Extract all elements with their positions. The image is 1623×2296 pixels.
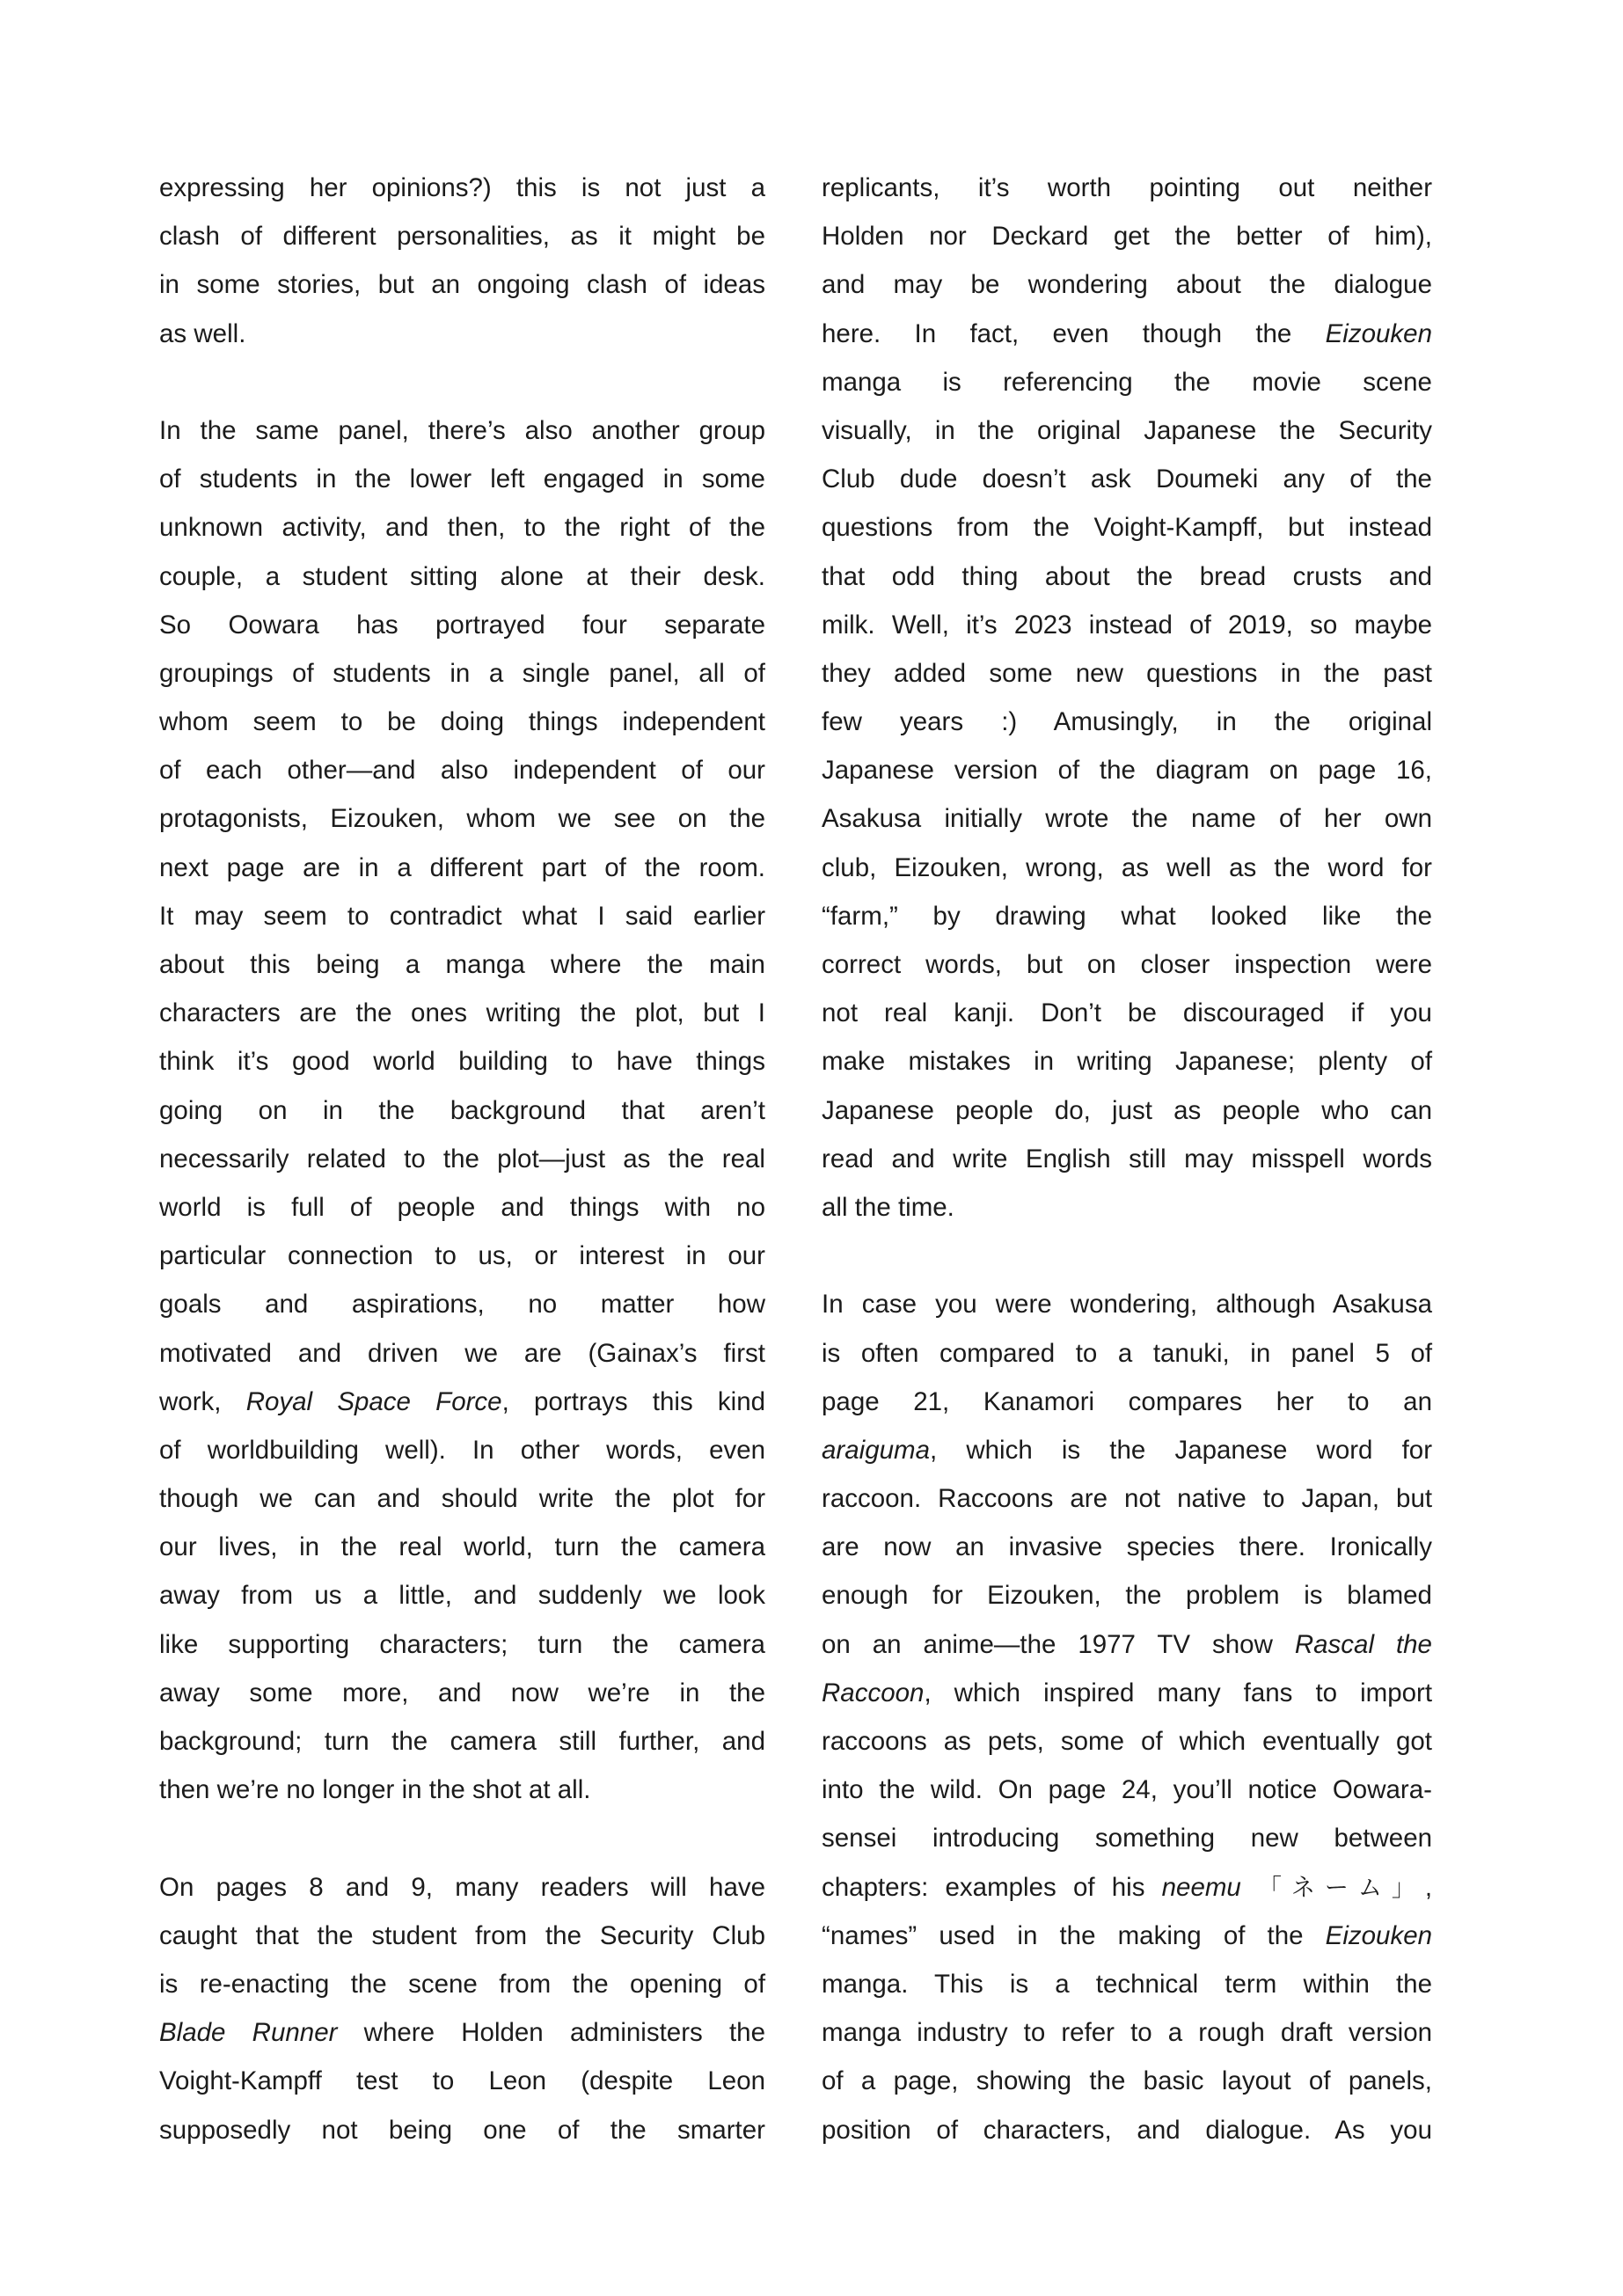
text-run: but xyxy=(1027,950,1063,979)
text-run: and xyxy=(891,1144,934,1174)
text-run: Leon xyxy=(707,2066,765,2095)
text-run: of xyxy=(1410,1047,1432,1076)
text-run: something xyxy=(1095,1824,1215,1853)
text-line: going on in the background that aren’t xyxy=(159,1086,765,1135)
text-run: in xyxy=(402,1775,422,1804)
text-run: and xyxy=(822,270,865,299)
text-run: read xyxy=(822,1144,874,1174)
text-run: , xyxy=(924,1678,931,1707)
text-line: Asakusa initially wrote the name of her … xyxy=(822,794,1432,843)
text-run: 5 xyxy=(1375,1339,1389,1368)
text-run: This xyxy=(934,1970,983,1999)
text-run: panels, xyxy=(1349,2066,1432,2095)
text-run: you xyxy=(935,1290,977,1319)
text-run: the xyxy=(378,1096,414,1125)
text-run: industry xyxy=(917,2018,1007,2047)
text-run: characters xyxy=(159,998,281,1027)
text-run: but xyxy=(1396,1484,1432,1513)
text-run: there. xyxy=(1239,1532,1305,1561)
text-run: of xyxy=(936,2116,958,2145)
text-line: Holden nor Deckard get the better of him… xyxy=(822,212,1432,260)
text-run: they xyxy=(822,659,871,688)
text-run: of xyxy=(1141,1727,1163,1756)
text-run: to xyxy=(347,902,369,931)
text-run: the xyxy=(669,1144,705,1174)
japanese-text: 「ネーム」 xyxy=(1258,1875,1425,1902)
text-run: for xyxy=(1402,1436,1432,1465)
text-run: in xyxy=(159,270,179,299)
text-line: of worldbuilding well). In other words, … xyxy=(159,1426,765,1474)
text-run: visually, xyxy=(822,416,912,445)
text-run: years xyxy=(900,707,963,736)
text-run: in xyxy=(299,1532,319,1561)
text-run: write xyxy=(953,1144,1007,1174)
text-line: “farm,” by drawing what looked like the xyxy=(822,892,1432,940)
text-run: some xyxy=(989,659,1052,688)
text-run: independent xyxy=(513,756,655,785)
text-run: is xyxy=(1304,1581,1322,1610)
text-run: we xyxy=(464,1339,498,1368)
text-run: the xyxy=(355,464,391,494)
text-line: particular connection to us, or interest… xyxy=(159,1232,765,1280)
text-run: real xyxy=(398,1532,442,1561)
text-line: about this being a manga where the main xyxy=(159,940,765,989)
text-run: raccoon. xyxy=(822,1484,921,1513)
text-run: In xyxy=(915,319,937,348)
text-run: which xyxy=(966,1436,1032,1465)
text-run: Club xyxy=(822,464,875,494)
text-run: as xyxy=(1229,853,1256,882)
text-run: In xyxy=(159,416,181,445)
text-run: can xyxy=(314,1484,356,1513)
paragraph: In the same panel, there’s also another … xyxy=(159,406,765,1814)
text-run: Security xyxy=(600,1921,694,1950)
text-run: characters; xyxy=(379,1630,508,1659)
text-run: right xyxy=(619,513,669,542)
italic-text: neemu xyxy=(1162,1873,1241,1902)
text-run: necessarily xyxy=(159,1144,289,1174)
text-run: raccoons xyxy=(822,1727,927,1756)
italic-text: the xyxy=(1396,1630,1432,1659)
text-run: plot, xyxy=(635,998,684,1027)
text-line: is often compared to a tanuki, in panel … xyxy=(822,1329,1432,1378)
text-run: between xyxy=(1334,1824,1432,1853)
text-run: engaged xyxy=(544,464,645,494)
text-run: and xyxy=(1137,2116,1180,2145)
text-run: well). xyxy=(385,1436,446,1465)
text-line: Voight-Kampff test to Leon (despite Leon xyxy=(159,2057,765,2105)
text-line: Japanese version of the diagram on page … xyxy=(822,746,1432,794)
text-run: the xyxy=(443,1144,479,1174)
text-run: may xyxy=(894,270,943,299)
text-line: in some stories, but an ongoing clash of… xyxy=(159,260,765,309)
text-run: any xyxy=(1283,464,1325,494)
text-run: supposedly xyxy=(159,2116,290,2145)
text-run: might xyxy=(652,222,715,251)
text-run: the xyxy=(1279,416,1315,445)
text-run: four xyxy=(582,611,627,640)
text-run: the xyxy=(729,804,765,833)
text-run: Japanese xyxy=(1144,416,1256,445)
text-run: often xyxy=(861,1339,919,1368)
text-run: is xyxy=(1010,1970,1028,1999)
text-run: be xyxy=(387,707,416,736)
text-run: the xyxy=(391,1727,428,1756)
text-line: questions from the Voight-Kampff, but in… xyxy=(822,503,1432,552)
text-run: “farm,” xyxy=(822,902,898,931)
text-run: the xyxy=(855,1193,891,1222)
text-run: wild. xyxy=(931,1775,983,1804)
text-run: showing xyxy=(976,2066,1071,2095)
text-run: Voight-Kampff xyxy=(159,2066,322,2095)
text-run: as xyxy=(159,319,186,348)
text-run: a xyxy=(1168,2018,1182,2047)
text-run: are xyxy=(1070,1484,1108,1513)
text-run: ones xyxy=(411,998,467,1027)
text-run: the xyxy=(1275,707,1311,736)
text-run: diagram xyxy=(1156,756,1250,785)
text-run: not xyxy=(322,2116,358,2145)
text-run: how xyxy=(718,1290,765,1319)
text-run: world xyxy=(159,1193,222,1222)
text-run: the xyxy=(201,416,237,445)
text-run: new xyxy=(1251,1824,1298,1853)
text-run: many xyxy=(455,1873,518,1902)
text-run: wrote xyxy=(1045,804,1108,833)
text-run: correct xyxy=(822,950,901,979)
text-run: instead xyxy=(1089,611,1173,640)
text-run: their xyxy=(631,562,681,591)
text-line: club, Eizouken, wrong, as well as the wo… xyxy=(822,844,1432,892)
text-line: necessarily related to the plot—just as … xyxy=(159,1135,765,1183)
text-run: each xyxy=(206,756,262,785)
text-run: worth xyxy=(1048,173,1111,202)
text-run: more, xyxy=(342,1678,408,1707)
text-run: write xyxy=(539,1484,594,1513)
text-run: protagonists, xyxy=(159,804,308,833)
text-run: wondering, xyxy=(1071,1290,1197,1319)
text-line: not real kanji. Don’t be discouraged if … xyxy=(822,989,1432,1037)
text-run: be xyxy=(1128,998,1157,1027)
text-run: about xyxy=(1045,562,1110,591)
text-run: our xyxy=(727,1241,765,1270)
text-run: seem xyxy=(253,707,317,736)
text-line: manga is referencing the movie scene xyxy=(822,358,1432,406)
text-run: re-enacting xyxy=(200,1970,330,1999)
text-run: used xyxy=(939,1921,995,1950)
text-run: there’s xyxy=(428,416,506,445)
text-run: the xyxy=(545,1921,581,1950)
text-line: though we can and should write the plot … xyxy=(159,1474,765,1523)
text-run: to xyxy=(433,2066,455,2095)
text-run: better xyxy=(1236,222,1302,251)
text-run: then, xyxy=(448,513,506,542)
text-run: Japanese xyxy=(822,756,934,785)
text-run: related xyxy=(307,1144,386,1174)
text-run: in xyxy=(663,464,684,494)
text-run: things xyxy=(570,1193,640,1222)
right-column: replicants, it’s worth pointing out neit… xyxy=(822,164,1432,2154)
text-run: the xyxy=(1034,513,1070,542)
text-line: replicants, it’s worth pointing out neit… xyxy=(822,164,1432,212)
text-run: not xyxy=(625,173,661,202)
text-line: So Oowara has portrayed four separate xyxy=(159,601,765,649)
text-run: have xyxy=(709,1873,765,1902)
text-run: an xyxy=(1403,1387,1432,1416)
text-run: the xyxy=(1274,853,1310,882)
text-run: still xyxy=(559,1727,596,1756)
italic-text: Runner xyxy=(252,2018,338,2047)
text-run: crusts xyxy=(1293,562,1363,591)
text-line: of a page, showing the basic layout of p… xyxy=(822,2057,1432,2105)
text-run: case xyxy=(862,1290,917,1319)
text-run: our xyxy=(159,1532,197,1561)
text-run: make xyxy=(822,1047,885,1076)
text-run: I xyxy=(597,902,604,931)
text-line: away some more, and now we’re in the xyxy=(159,1669,765,1717)
text-run: in xyxy=(1281,659,1301,688)
text-run: for xyxy=(735,1484,765,1513)
text-run: independent xyxy=(623,707,765,736)
text-run: things xyxy=(696,1047,765,1076)
text-run: to xyxy=(435,1241,457,1270)
text-run: her xyxy=(310,173,347,202)
text-line: On pages 8 and 9, many readers will have xyxy=(159,1863,765,1912)
text-run: on xyxy=(1269,756,1298,785)
text-run: version xyxy=(954,756,1038,785)
text-run: goals xyxy=(159,1290,222,1319)
text-run: it’s xyxy=(238,1047,269,1076)
text-run: the xyxy=(729,1678,765,1707)
text-run: people xyxy=(955,1096,1034,1125)
text-line: raccoons as pets, some of which eventual… xyxy=(822,1717,1432,1766)
text-run: of xyxy=(292,659,314,688)
text-line: next page are in a different part of the… xyxy=(159,844,765,892)
text-run: suddenly xyxy=(538,1581,642,1610)
text-run: should xyxy=(442,1484,518,1513)
text-run: real xyxy=(884,998,927,1027)
italic-text: Rascal xyxy=(1295,1630,1374,1659)
text-run: but xyxy=(378,270,414,299)
text-run: we xyxy=(260,1484,293,1513)
text-run: think xyxy=(159,1047,214,1076)
text-run: page xyxy=(1319,756,1377,785)
text-line: araiguma, which is the Japanese word for xyxy=(822,1426,1432,1474)
text-run: people xyxy=(398,1193,476,1222)
text-run: 1977 xyxy=(1078,1630,1136,1659)
text-run: the xyxy=(621,1532,657,1561)
text-run: some xyxy=(196,270,260,299)
text-run: time. xyxy=(898,1193,954,1222)
text-line: “names” used in the making of the Eizouk… xyxy=(822,1912,1432,1960)
text-run: Japanese; xyxy=(1175,1047,1295,1076)
text-run: (Gainax’s xyxy=(588,1339,697,1368)
text-run: page xyxy=(822,1387,880,1416)
text-run: clash xyxy=(587,270,647,299)
text-line: It may seem to contradict what I said ea… xyxy=(159,892,765,940)
text-run: As xyxy=(1334,2116,1364,2145)
text-run: if xyxy=(1351,998,1364,1027)
text-run: not xyxy=(1124,1484,1160,1513)
text-run: camera xyxy=(679,1630,765,1659)
text-run: still xyxy=(1129,1144,1166,1174)
text-run: this xyxy=(653,1387,693,1416)
text-run: all. xyxy=(558,1775,591,1804)
text-line: goals and aspirations, no matter how xyxy=(159,1280,765,1328)
text-run: longer xyxy=(322,1775,394,1804)
text-run: eventually xyxy=(1262,1727,1379,1756)
text-run: connection xyxy=(288,1241,413,1270)
text-line: enough for Eizouken, the problem is blam… xyxy=(822,1571,1432,1620)
text-run: caught xyxy=(159,1921,238,1950)
text-run: name xyxy=(1191,804,1256,833)
text-run: of xyxy=(1327,222,1349,251)
italic-text: Raccoon xyxy=(822,1678,924,1707)
text-run: layout xyxy=(1222,2066,1291,2095)
text-run: to xyxy=(1263,1484,1285,1513)
text-run: Amusingly, xyxy=(1054,707,1179,736)
text-run: page, xyxy=(894,2066,959,2095)
text-run: and xyxy=(501,1193,544,1222)
text-run: the xyxy=(341,1532,377,1561)
text-run: in xyxy=(323,1096,343,1125)
text-run: of xyxy=(1279,804,1301,833)
text-run: shot xyxy=(472,1775,522,1804)
text-run: introducing xyxy=(932,1824,1059,1853)
text-line: sensei introducing something new between xyxy=(822,1814,1432,1862)
paragraph: In case you were wondering, although Asa… xyxy=(822,1280,1432,2153)
text-run: were xyxy=(1376,950,1432,979)
text-run: we xyxy=(663,1581,697,1610)
text-run: many xyxy=(1157,1678,1220,1707)
text-run: panel xyxy=(1291,1339,1355,1368)
text-run: of xyxy=(240,222,262,251)
text-run: the xyxy=(615,1484,651,1513)
text-line: think it’s good world building to have t… xyxy=(159,1037,765,1086)
text-run: motivated xyxy=(159,1339,272,1368)
text-line: world is full of people and things with … xyxy=(159,1183,765,1232)
text-run: Asakusa xyxy=(1333,1290,1432,1319)
text-run: in xyxy=(1217,707,1237,736)
text-run: now xyxy=(883,1532,931,1561)
text-run: seem xyxy=(264,902,327,931)
text-line: away from us a little, and suddenly we l… xyxy=(159,1571,765,1620)
text-run: who xyxy=(1321,1096,1369,1125)
text-run: club, xyxy=(822,853,876,882)
text-run: where xyxy=(364,2018,435,2047)
text-run: On xyxy=(998,1775,1033,1804)
text-run: background xyxy=(450,1096,586,1125)
text-run: doesn’t xyxy=(983,464,1066,494)
text-run: in xyxy=(450,659,470,688)
text-run: problem xyxy=(1186,1581,1280,1610)
italic-text: Eizouken xyxy=(1326,319,1432,348)
text-run: away xyxy=(159,1581,220,1610)
text-run: Holden xyxy=(461,2018,543,2047)
text-run: all xyxy=(822,1193,848,1222)
text-run: which xyxy=(954,1678,1020,1707)
text-run: bread xyxy=(1200,562,1266,591)
text-run: is xyxy=(159,1970,178,1999)
text-run: Japanese xyxy=(1174,1436,1287,1465)
text-run: supporting xyxy=(228,1630,349,1659)
text-run: a xyxy=(363,1581,377,1610)
text-line: page 21, Kanamori compares her to an xyxy=(822,1378,1432,1426)
text-run: here. xyxy=(822,319,881,348)
text-run: all xyxy=(698,659,725,688)
text-run: have xyxy=(617,1047,673,1076)
text-run: rough xyxy=(1198,2018,1264,2047)
text-run: wondering xyxy=(1028,270,1148,299)
text-run: in xyxy=(1250,1339,1270,1368)
text-run: get xyxy=(1114,222,1150,251)
text-line: supposedly not being one of the smarter xyxy=(159,2106,765,2154)
text-run: driven xyxy=(368,1339,438,1368)
text-run: portrayed xyxy=(435,611,545,640)
text-run: of xyxy=(1073,1873,1095,1902)
text-run: about xyxy=(159,950,224,979)
text-run: 8 xyxy=(309,1873,323,1902)
text-run: 21, xyxy=(913,1387,949,1416)
text-run: movie xyxy=(1252,368,1321,397)
text-run: out xyxy=(1278,173,1314,202)
text-run: is xyxy=(581,173,600,202)
text-line: characters are the ones writing the plot… xyxy=(159,989,765,1037)
text-run: neither xyxy=(1353,173,1432,202)
text-run: compares xyxy=(1129,1387,1243,1416)
text-line: like supporting characters; turn the cam… xyxy=(159,1620,765,1669)
text-line: couple, a student sitting alone at their… xyxy=(159,552,765,601)
text-run: where xyxy=(551,950,621,979)
text-run: activity, xyxy=(282,513,367,542)
text-run: misspell xyxy=(1251,1144,1345,1174)
italic-text: araiguma xyxy=(822,1436,930,1465)
text-run: some xyxy=(249,1678,312,1707)
text-run: an xyxy=(873,1630,902,1659)
text-line: milk. Well, it’s 2023 instead of 2019, s… xyxy=(822,601,1432,649)
book-page: expressing her opinions?) this is not ju… xyxy=(0,0,1623,2296)
text-run: turn xyxy=(537,1630,582,1659)
text-run: Deckard xyxy=(991,222,1088,251)
text-run: opening xyxy=(630,1970,722,1999)
text-run: particular xyxy=(159,1241,266,1270)
text-run: questions xyxy=(822,513,932,542)
text-run: not xyxy=(822,998,858,1027)
text-run: the xyxy=(1268,1921,1304,1950)
text-run: to xyxy=(1348,1387,1370,1416)
text-run: full xyxy=(291,1193,325,1222)
paragraph: On pages 8 and 9, many readers will have… xyxy=(159,1863,765,2154)
text-run: basic xyxy=(1144,2066,1204,2095)
text-line: are now an invasive species there. Ironi… xyxy=(822,1523,1432,1571)
text-run: whom xyxy=(159,707,229,736)
text-run: it’s xyxy=(978,173,1010,202)
text-run: fans xyxy=(1244,1678,1293,1707)
text-run: replicants, xyxy=(822,173,939,202)
text-run: of xyxy=(822,2066,844,2095)
text-run: our xyxy=(727,756,765,785)
text-run: it xyxy=(618,222,632,251)
text-line: they added some new questions in the pas… xyxy=(822,649,1432,698)
text-run: are xyxy=(524,1339,562,1368)
text-run: left xyxy=(490,464,524,494)
text-run: lower xyxy=(410,464,472,494)
text-run: In xyxy=(822,1290,844,1319)
text-run: things xyxy=(529,707,598,736)
text-run: manga xyxy=(822,2018,901,2047)
text-run: as xyxy=(623,1144,650,1174)
text-run: of xyxy=(1309,2066,1331,2095)
